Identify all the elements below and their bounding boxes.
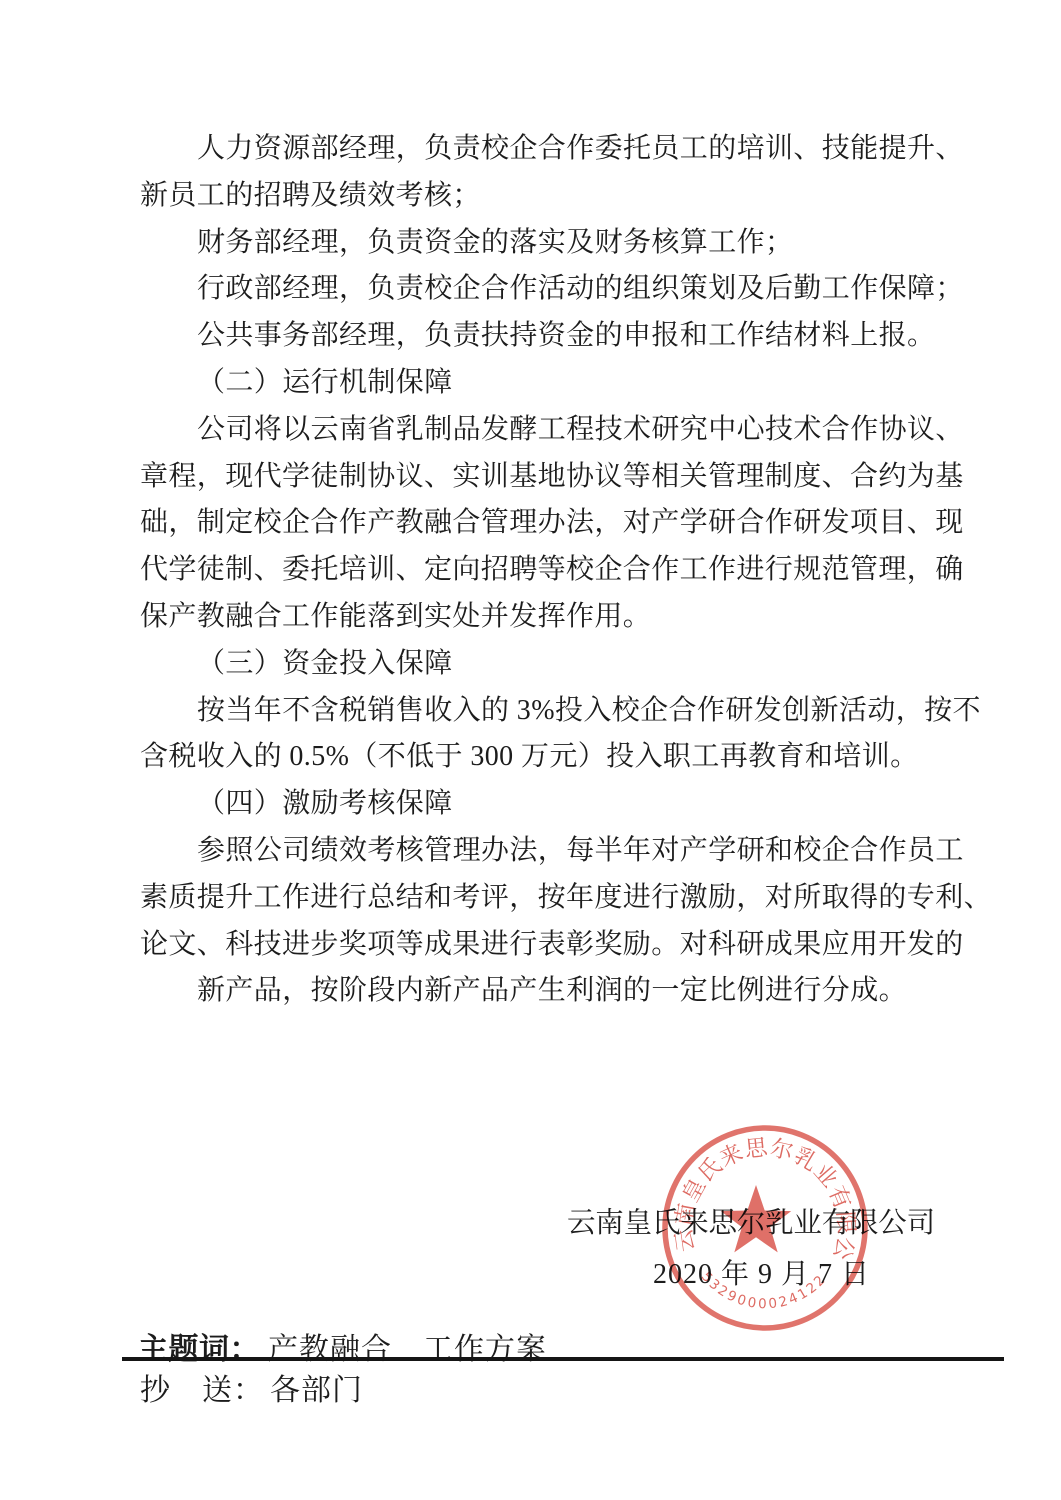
- keywords-value: 产教融合 工作方案: [268, 1333, 547, 1366]
- body-line: 保产教融合工作能落到实处并发挥作用。: [140, 594, 1000, 641]
- document-page: 人力资源部经理，负责校企合作委托员工的培训、技能提升、 新员工的招聘及绩效考核；…: [0, 0, 1061, 1500]
- body-line: 础，制定校企合作产教融合管理办法，对产学研合作研发项目、现: [140, 500, 1000, 547]
- body-line: 含税收入的 0.5%（不低于 300 万元）投入职工再教育和培训。: [140, 734, 1000, 781]
- body-line: 公共事务部经理，负责扶持资金的申报和工作结材料上报。: [140, 313, 1000, 360]
- body-line: 论文、科技进步奖项等成果进行表彰奖励。对科研成果应用开发的: [140, 922, 1000, 969]
- body-line: 公司将以云南省乳制品发酵工程技术研究中心技术合作协议、: [140, 407, 1000, 454]
- section-heading: （三）资金投入保障: [140, 641, 1000, 688]
- seal-arc-text: 云南皇氏来思尔乳业有限公司: [658, 1121, 859, 1263]
- company-seal-stamp: 云南皇氏来思尔乳业有限公司 5329000024122: [658, 1121, 872, 1335]
- footer-divider: [122, 1357, 1004, 1361]
- seal-serial-number: 5329000024122: [698, 1269, 830, 1313]
- body-line: 代学徒制、委托培训、定向招聘等校企合作工作进行规范管理，确: [140, 547, 1000, 594]
- body-line: 新产品，按阶段内新产品产生利润的一定比例进行分成。: [140, 968, 1000, 1015]
- body-line: 人力资源部经理，负责校企合作委托员工的培训、技能提升、: [140, 126, 1000, 173]
- section-heading: （四）激励考核保障: [140, 781, 1000, 828]
- body-line: 财务部经理，负责资金的落实及财务核算工作；: [140, 220, 1000, 267]
- keywords-row: 主题词：产教融合 工作方案: [138, 1324, 547, 1368]
- section-heading: （二）运行机制保障: [140, 360, 1000, 407]
- keywords-label: 主题词：: [138, 1333, 260, 1366]
- cc-row: 抄 送：各部门: [140, 1365, 363, 1409]
- body-line: 新员工的招聘及绩效考核；: [140, 173, 1000, 220]
- body-line: 章程，现代学徒制协议、实训基地协议等相关管理制度、合约为基: [140, 454, 1000, 501]
- body-line: 素质提升工作进行总结和考评，按年度进行激励，对所取得的专利、: [140, 875, 1000, 922]
- cc-value: 各部门: [270, 1374, 363, 1407]
- cc-label: 抄 送：: [140, 1374, 264, 1407]
- body-line: 行政部经理，负责校企合作活动的组织策划及后勤工作保障；: [140, 266, 1000, 313]
- body-line: 参照公司绩效考核管理办法，每半年对产学研和校企合作员工: [140, 828, 1000, 875]
- body-line: 按当年不含税销售收入的 3%投入校企合作研发创新活动，按不: [140, 688, 1000, 735]
- seal-star-icon: [721, 1185, 791, 1252]
- document-body: 人力资源部经理，负责校企合作委托员工的培训、技能提升、 新员工的招聘及绩效考核；…: [140, 126, 1000, 1015]
